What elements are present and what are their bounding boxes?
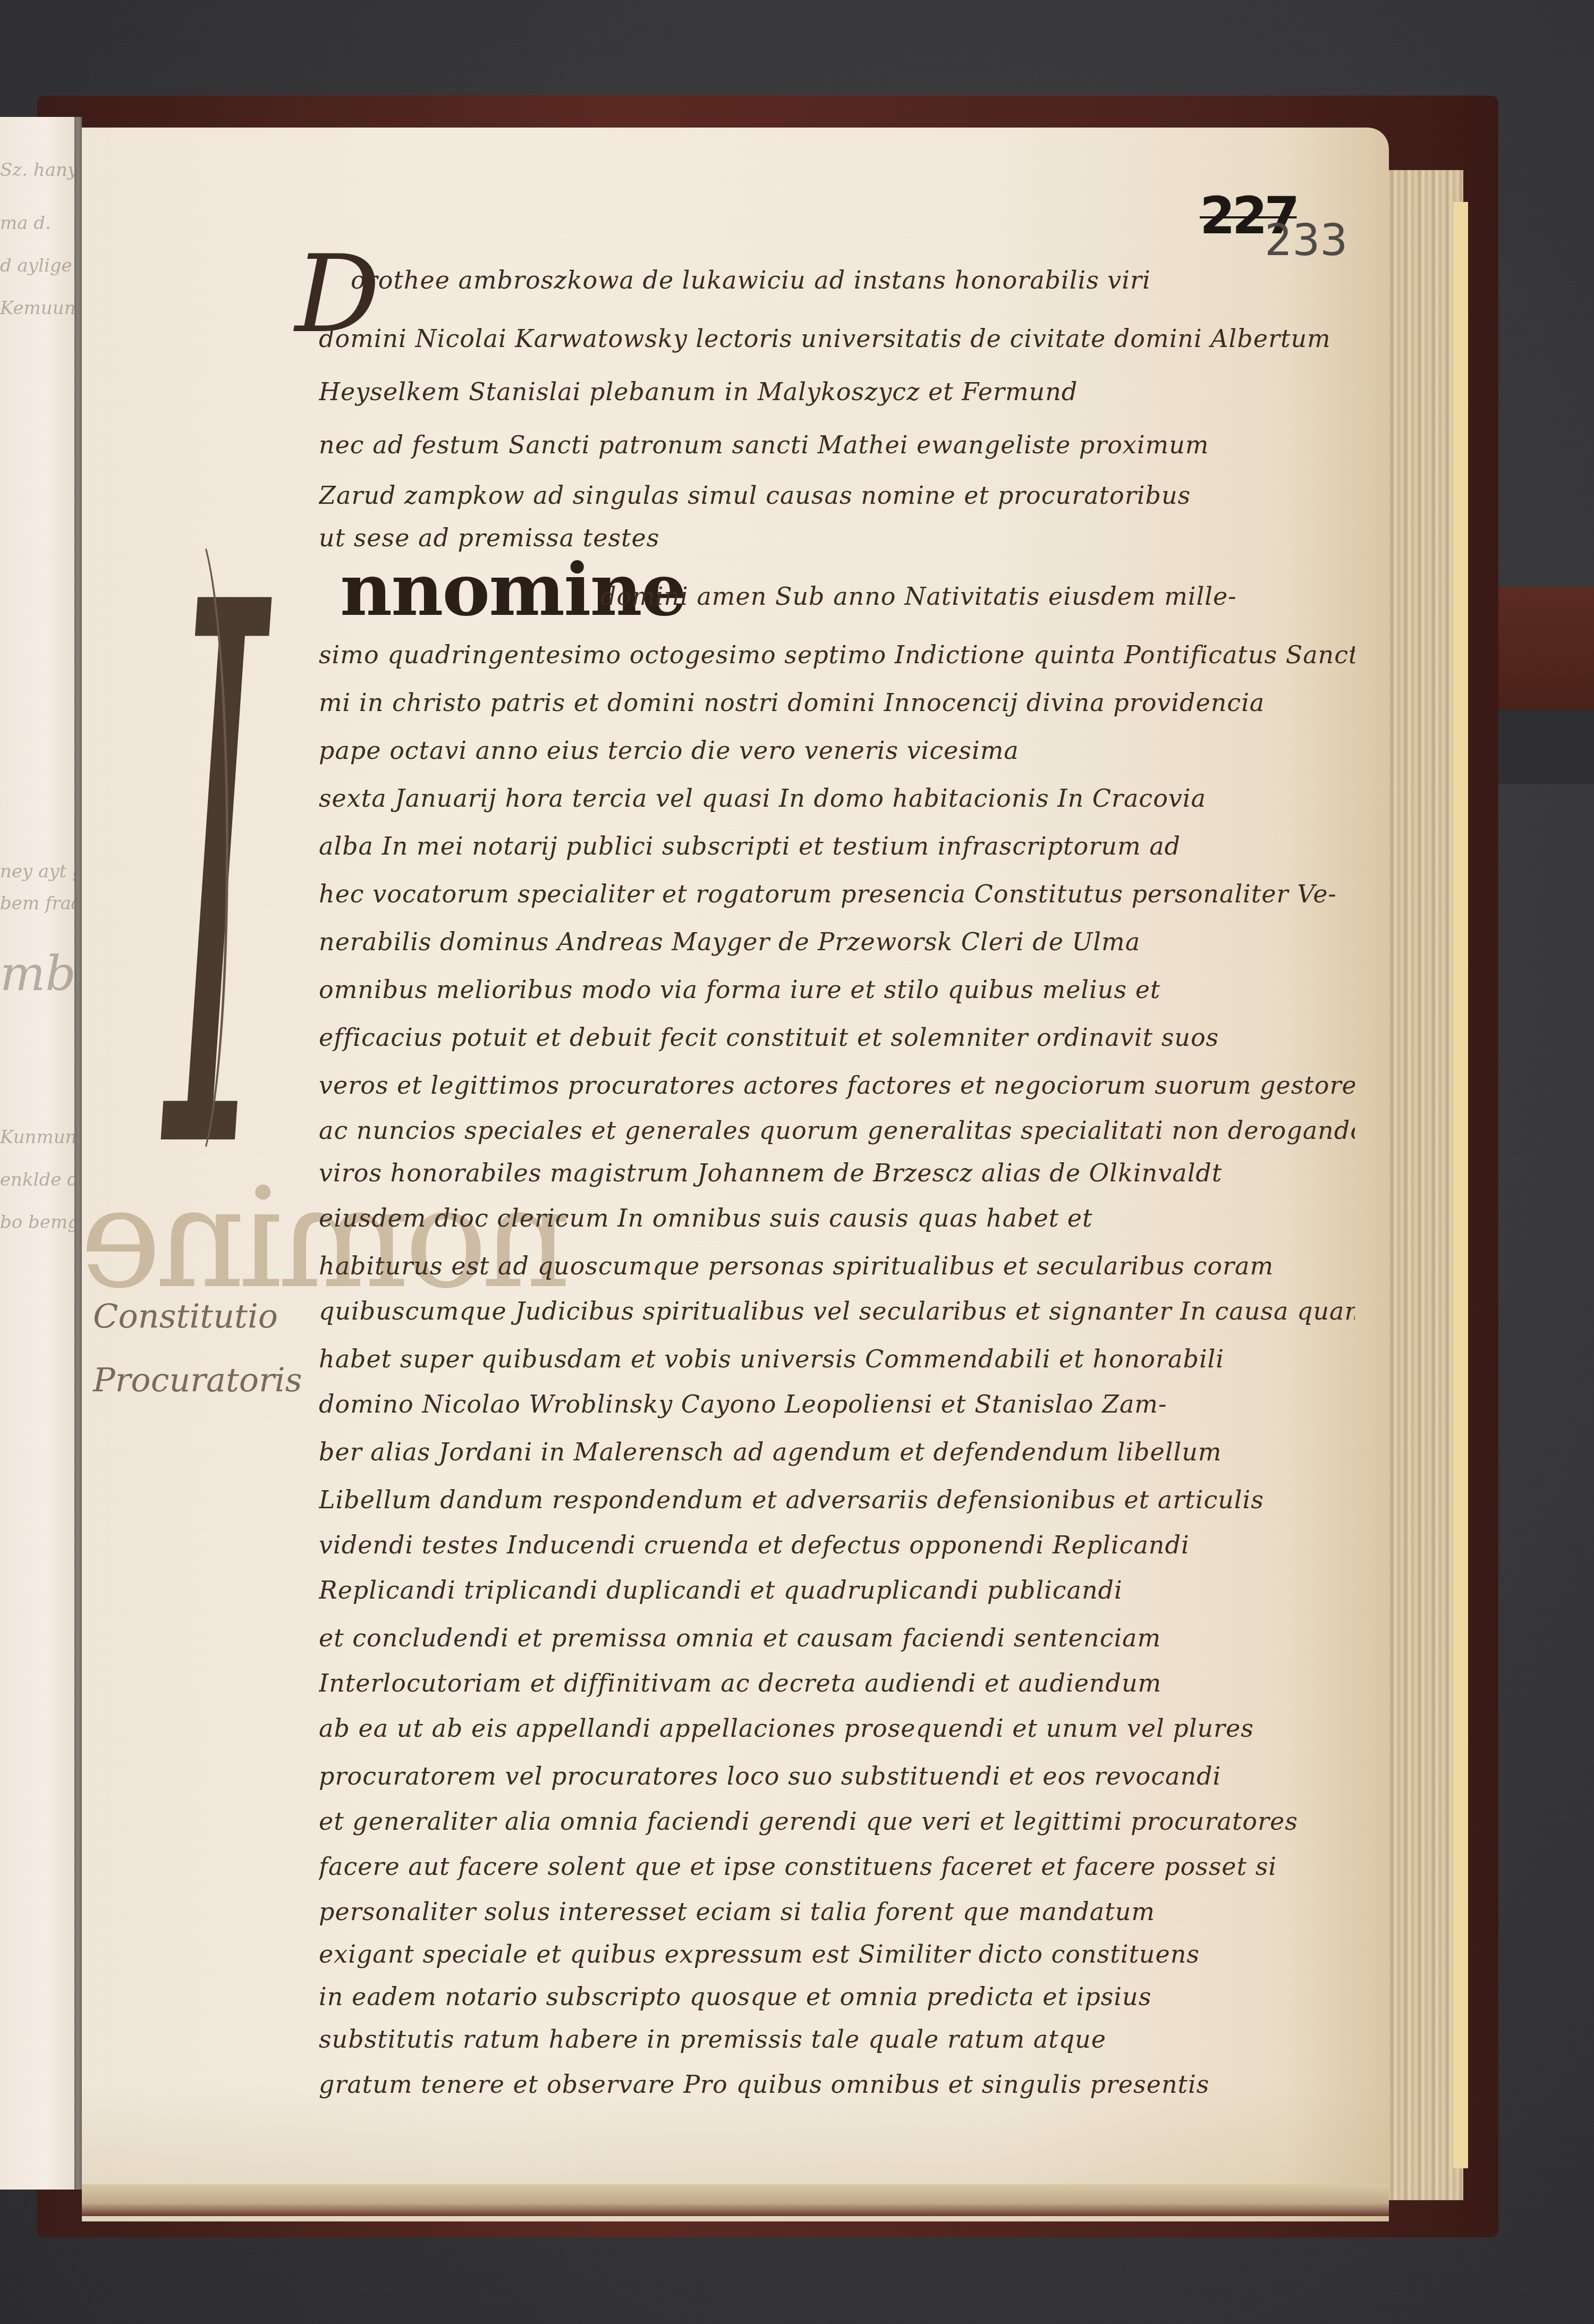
text-line: habiturus est ad quoscumque personas spi… [319, 1252, 1355, 1280]
margin-note: Procuratoris [93, 1360, 302, 1399]
text-line: sexta Januarij hora tercia vel quasi In … [319, 784, 1355, 813]
text-line: ber alias Jordani in Malerensch ad agend… [319, 1438, 1355, 1466]
text-line: efficacius potuit et debuit fecit consti… [319, 1023, 1355, 1052]
text-line: Replicandi triplicandi duplicandi et qua… [319, 1576, 1355, 1604]
text-line: domino Nicolao Wroblinsky Cayono Leopoli… [319, 1390, 1355, 1418]
text-line: domini amen Sub anno Nativitatis eiusdem… [600, 582, 1344, 611]
text-line: Interlocutoriam et diffinitivam ac decre… [319, 1669, 1355, 1697]
ghost-text: enklde dnd [0, 1169, 74, 1190]
text-line: orothee ambroszkowa de lukawiciu ad inst… [351, 266, 1387, 294]
ghost-text: Kemuund [0, 298, 74, 319]
clasp-strap [1498, 587, 1594, 709]
text-line: eiusdem dioc clericum In omnibus suis ca… [319, 1204, 1355, 1232]
ghost-text: Sz. hany [0, 159, 74, 181]
text-line: nec ad festum Sancti patronum sancti Mat… [319, 430, 1355, 459]
folio-number: 233 [1265, 215, 1348, 266]
text-line: Libellum dandum respondendum et adversar… [319, 1485, 1355, 1514]
text-line: procuratorem vel procuratores loco suo s… [319, 1762, 1355, 1790]
text-line: omnibus melioribus modo via forma iure e… [319, 975, 1355, 1004]
book-gutter [74, 117, 82, 2190]
ghost-text: Kunmund mulg [0, 1127, 74, 1148]
ghost-text: d aylige [0, 255, 74, 276]
text-line: gratum tenere et observare Pro quibus om… [319, 2070, 1355, 2099]
page-bottom-edge [82, 2184, 1389, 2216]
page-edges [1389, 170, 1463, 2200]
text-line: videndi testes Inducendi cruenda et defe… [319, 1531, 1355, 1559]
text-line: domini Nicolai Karwatowsky lectoris univ… [319, 324, 1355, 353]
text-line: Zarud zampkow ad singulas simul causas n… [319, 481, 1355, 510]
margin-note: Constitutio [93, 1297, 278, 1336]
text-line: et concludendi et premissa omnia et caus… [319, 1624, 1355, 1652]
text-line: pape octavi anno eius tercio die vero ve… [319, 736, 1355, 765]
left-page-verso: Sz. hany ma d. d aylige Kemuund ney ayt … [0, 117, 74, 2190]
text-line: Heyselkem Stanislai plebanum in Malykosz… [319, 377, 1355, 406]
endpaper-strip [1453, 202, 1468, 2168]
text-line: ac nuncios speciales et generales quorum… [319, 1116, 1355, 1145]
text-line: et generaliter alia omnia faciendi geren… [319, 1807, 1355, 1836]
text-line: personaliter solus interesset eciam si t… [319, 1897, 1355, 1926]
text-line: simo quadringentesimo octogesimo septimo… [319, 640, 1355, 669]
text-line: habet super quibusdam et vobis universis… [319, 1345, 1355, 1373]
ghost-text: ney ayt grod [0, 861, 74, 882]
text-line: hec vocatorum specialiter et rogatorum p… [319, 880, 1355, 908]
text-line: facere aut facere solent que et ipse con… [319, 1852, 1355, 1881]
text-line: quibuscumque Judicibus spiritualibus vel… [319, 1297, 1355, 1325]
text-line: ab ea ut ab eis appellandi appellaciones… [319, 1714, 1355, 1743]
text-line: in eadem notario subscripto quosque et o… [319, 1982, 1355, 2011]
initial-flourish [159, 526, 228, 1169]
clasp-shadow [1498, 709, 1594, 784]
ghost-text: mbrl [0, 946, 74, 1002]
text-line: viros honorabiles magistrum Johannem de … [319, 1159, 1355, 1187]
ghost-text: bem fradz [0, 893, 74, 914]
text-line: veros et legittimos procuratores actores… [319, 1071, 1355, 1100]
text-line: nerabilis dominus Andreas Mayger de Prze… [319, 927, 1355, 956]
text-line: alba In mei notarij publici subscripti e… [319, 832, 1355, 860]
ghost-text: ma d. [0, 213, 74, 234]
text-line: substitutis ratum habere in premissis ta… [319, 2025, 1355, 2053]
text-line: exigant speciale et quibus expressum est… [319, 1940, 1355, 1968]
text-line: mi in christo patris et domini nostri do… [319, 688, 1355, 717]
ghost-text: bo bemger xr [0, 1212, 74, 1233]
